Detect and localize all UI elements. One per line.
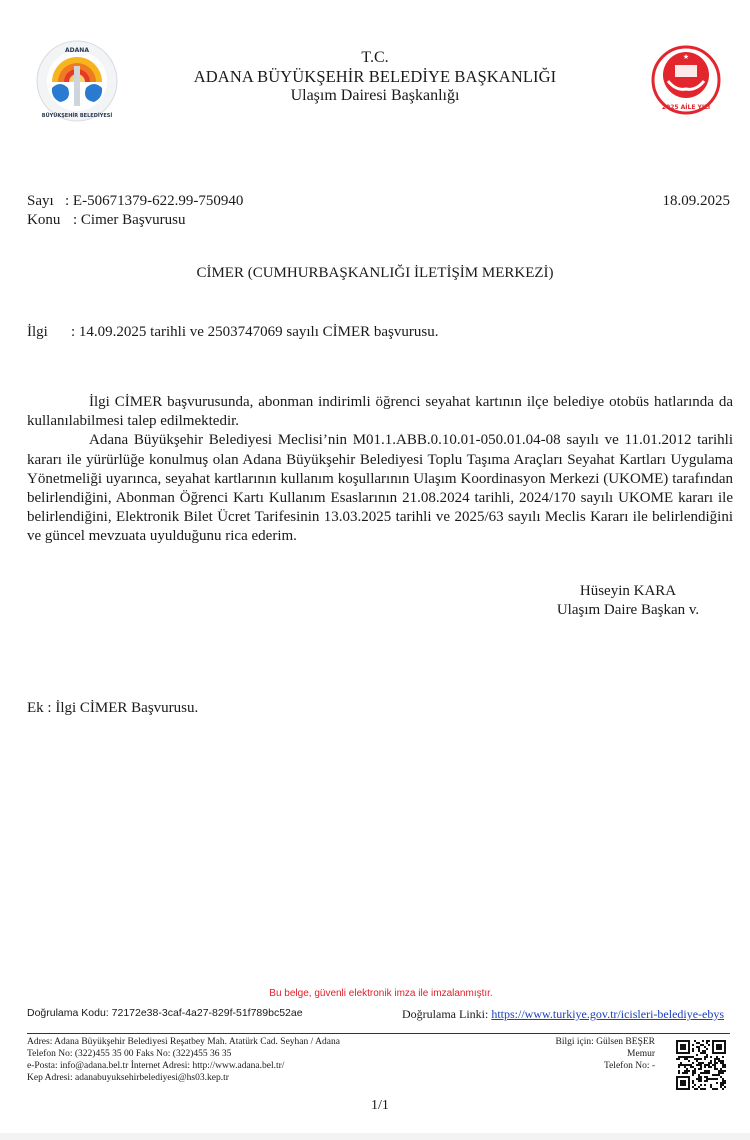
document-meta: Sayı : E-50671379-622.99-750940 Konu : C… xyxy=(27,192,243,230)
reference-row: İlgi: 14.09.2025 tarihli ve 2503747069 s… xyxy=(27,323,438,342)
reference-value: : 14.09.2025 tarihli ve 2503747069 sayıl… xyxy=(71,324,438,340)
subject-label: Konu xyxy=(27,211,73,230)
header-organization: ADANA BÜYÜKŞEHİR BELEDİYE BAŞKANLIĞI xyxy=(150,67,600,86)
verification-code-value: 72172e38-3caf-4a27-829f-51f789bc52ae xyxy=(112,1007,303,1019)
verification-code: Doğrulama Kodu: 72172e38-3caf-4a27-829f-… xyxy=(27,1007,303,1019)
body-paragraph-1: İlgi CİMER başvurusunda, abonman indirim… xyxy=(27,393,733,431)
family-year-2025-logo-icon: ★ 2025 AİLE YILI xyxy=(651,45,721,115)
footer-address-line: Adres: Adana Büyükşehir Belediyesi Reşat… xyxy=(27,1036,340,1048)
qr-code-icon xyxy=(676,1040,726,1090)
verification-code-label: Doğrulama Kodu: xyxy=(27,1007,109,1019)
svg-text:BÜYÜKŞEHİR BELEDİYESİ: BÜYÜKŞEHİR BELEDİYESİ xyxy=(42,112,113,119)
header-department: Ulaşım Dairesi Başkanlığı xyxy=(150,86,600,105)
svg-text:ADANA: ADANA xyxy=(65,47,89,54)
signature-block: Hüseyin KARA Ulaşım Daire Başkan v. xyxy=(528,582,728,620)
footer-email-line: e-Posta: info@adana.bel.tr İnternet Adre… xyxy=(27,1060,340,1072)
subject-row: Konu : Cimer Başvurusu xyxy=(27,211,243,230)
body-paragraph-2: Adana Büyükşehir Belediyesi Meclisi’nin … xyxy=(27,431,733,546)
document-header: T.C. ADANA BÜYÜKŞEHİR BELEDİYE BAŞKANLIĞ… xyxy=(150,48,600,105)
footer-address: Adres: Adana Büyükşehir Belediyesi Reşat… xyxy=(27,1036,340,1084)
reference-label: İlgi xyxy=(27,323,71,342)
contact-person: Bilgi için: Gülsen BEŞER xyxy=(500,1036,655,1048)
document-date: 18.09.2025 xyxy=(663,192,731,211)
svg-text:2025 AİLE YILI: 2025 AİLE YILI xyxy=(662,104,710,111)
contact-role: Memur xyxy=(500,1048,655,1060)
signer-title: Ulaşım Daire Başkan v. xyxy=(528,601,728,620)
document-body: İlgi CİMER başvurusunda, abonman indirim… xyxy=(27,393,733,547)
contact-phone: Telefon No: - xyxy=(500,1060,655,1072)
verification-link[interactable]: https://www.turkiye.gov.tr/icisleri-bele… xyxy=(491,1007,724,1021)
footer-contact: Bilgi için: Gülsen BEŞER Memur Telefon N… xyxy=(500,1036,655,1072)
footer-phone-line: Telefon No: (322)455 35 00 Faks No: (322… xyxy=(27,1048,340,1060)
number-row: Sayı : E-50671379-622.99-750940 xyxy=(27,192,243,211)
attachment-line: Ek : İlgi CİMER Başvurusu. xyxy=(27,699,198,718)
adana-municipality-logo-icon: ADANA BÜYÜKŞEHİR BELEDİYESİ xyxy=(36,40,118,122)
verification-link-row: Doğrulama Linki: https://www.turkiye.gov… xyxy=(402,1007,724,1022)
verification-link-label: Doğrulama Linki: xyxy=(402,1007,488,1021)
subject-value: : Cimer Başvurusu xyxy=(73,211,186,230)
svg-text:★: ★ xyxy=(683,53,689,61)
signer-name: Hüseyin KARA xyxy=(528,582,728,601)
esignature-notice: Bu belge, güvenli elektronik imza ile im… xyxy=(0,988,750,999)
viewer-bottom-band xyxy=(0,1133,750,1140)
footer-kep-line: Kep Adresi: adanabuyuksehirbelediyesi@hs… xyxy=(27,1072,340,1084)
page-number: 1/1 xyxy=(0,1098,750,1114)
number-label: Sayı xyxy=(27,192,65,211)
header-tc: T.C. xyxy=(150,48,600,67)
document-title: CİMER (CUMHURBAŞKANLIĞI İLETİŞİM MERKEZİ… xyxy=(0,264,750,283)
footer-divider xyxy=(27,1033,730,1034)
number-value: : E-50671379-622.99-750940 xyxy=(65,192,243,211)
